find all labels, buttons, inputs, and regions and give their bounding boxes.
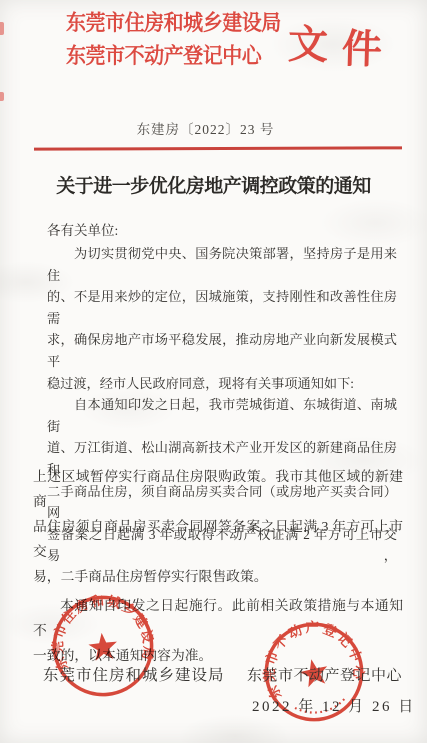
salutation: 各有关单位: <box>47 219 118 239</box>
body-text-line: 稳过渡，经市人民政府同意，现将有关事项通知如下: <box>47 373 397 395</box>
seal-left-star-icon <box>87 631 118 661</box>
body-text-line: 易，二手商品住房暂停实行限售政策。 <box>33 564 403 589</box>
doc-type-char-jian: 件 <box>341 26 382 72</box>
signature-org-right: 东莞市不动产登记中心 <box>247 664 402 685</box>
document-title: 关于进一步优化房地产调控政策的通知 <box>0 171 427 198</box>
doc-type-char-wen: 文 <box>287 22 328 68</box>
body-text-line: 上述区域暂停实行商品住房限购政策。我市其他区域的新建商 <box>33 464 403 514</box>
letterhead-org-line-2: 东莞市不动产登记中心 <box>66 40 281 73</box>
official-seal-left: 东莞市住房和城乡建设局 <box>45 588 161 704</box>
body-text-line: 为切实贯彻党中央、国务院决策部署，坚持房子是用来住 <box>47 243 397 286</box>
photo-edge-red-artifact <box>0 92 4 101</box>
body-text-line: 品住房须自商品房买卖合同网签备案之日起满 3 年方可上市交 <box>33 514 403 564</box>
letterhead-org-line-1: 东莞市住房和城乡建设局 <box>66 7 281 40</box>
body-text-line: 的、不是用来炒的定位，因城施策，支持刚性和改善性住房需 <box>47 286 397 329</box>
document-number: 东建房〔2022〕23 号 <box>0 118 411 138</box>
photo-edge-red-artifact <box>0 22 4 35</box>
letterhead-org-names: 东莞市住房和城乡建设局 东莞市不动产登记中心 <box>66 7 281 73</box>
document-page: 东莞市住房和城乡建设局 东莞市不动产登记中心 文件 东建房〔2022〕23 号 … <box>0 0 427 743</box>
signature-date: 2022 年 12 月 26 日 <box>252 695 416 716</box>
body-text-line: 自本通知印发之日起，我市莞城街道、东城街道、南城街 <box>47 394 397 437</box>
signature-org-left: 东莞市住房和城乡建设局 <box>43 663 225 685</box>
seal-left-arc-text: 东莞市住房和城乡建设局 <box>45 588 159 674</box>
letterhead-doc-type: 文件 <box>287 13 382 72</box>
red-separator-line <box>34 146 402 150</box>
body-text-line: 求，确保房地产市场平稳发展，推动房地产业向新发展模式平 <box>47 329 397 372</box>
svg-text:东莞市住房和城乡建设局: 东莞市住房和城乡建设局 <box>45 588 159 674</box>
